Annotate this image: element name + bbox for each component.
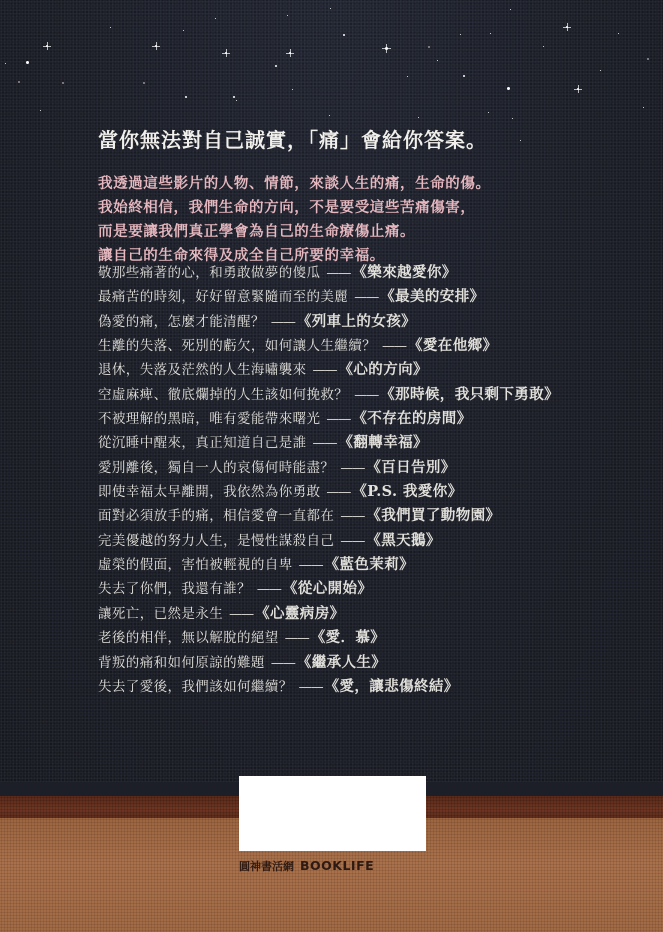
intro-line: 而是要讓我們真正學會為自己的生命療傷止痛。 <box>98 220 491 244</box>
film-item: 即使幸福太早離開，我依然為你勇敢——《P.S. 我愛你》 <box>98 479 559 503</box>
star-icon <box>343 34 345 36</box>
em-dash: —— <box>299 680 323 695</box>
star-icon <box>233 96 235 98</box>
film-quote: 空虛麻痺、徹底爛掉的人生該如何挽救？ <box>98 387 348 403</box>
star-icon <box>407 76 408 77</box>
film-item: 不被理解的黑暗，唯有愛能帶來曙光——《不存在的房間》 <box>98 406 559 430</box>
film-title: 《樂來越愛你》 <box>352 264 456 281</box>
film-quote: 愛別離後，獨自一人的哀傷何時能盡？ <box>98 460 334 476</box>
star-icon <box>329 115 330 116</box>
film-item: 敬那些痛著的心，和勇敢做夢的傻瓜——《樂來越愛你》 <box>98 260 559 284</box>
film-title: 《愛，讓悲傷終結》 <box>325 678 459 695</box>
film-quote: 完美優越的努力人生，是慢性謀殺自己 <box>98 533 334 549</box>
star-icon <box>110 27 111 28</box>
star-icon <box>292 89 293 90</box>
star-icon <box>577 88 579 90</box>
film-title: 《黑天鵝》 <box>366 532 441 549</box>
film-item: 愛別離後，獨自一人的哀傷何時能盡？——《百日告別》 <box>98 455 559 479</box>
em-dash: —— <box>326 485 350 500</box>
film-item: 失去了你們，我還有誰？——《從心開始》 <box>98 576 559 600</box>
film-item: 讓死亡，已然是永生——《心靈病房》 <box>98 601 559 625</box>
film-item: 空虛麻痺、徹底爛掉的人生該如何挽救？——《那時候，我只剩下勇敢》 <box>98 382 559 406</box>
star-icon <box>647 58 649 60</box>
star-icon <box>618 33 619 34</box>
star-icon <box>289 52 291 54</box>
star-icon <box>143 82 145 84</box>
publisher-name-zh: 圓神書活網 <box>239 860 294 873</box>
film-item: 偽愛的痛，怎麼才能清醒？——《列車上的女孩》 <box>98 309 559 333</box>
film-list: 敬那些痛著的心，和勇敢做夢的傻瓜——《樂來越愛你》最痛苦的時刻，好好留意緊隨而至… <box>98 260 559 698</box>
film-quote: 敬那些痛著的心，和勇敢做夢的傻瓜 <box>98 265 320 281</box>
film-quote: 退休，失落及茫然的人生海嘯襲來 <box>98 362 307 378</box>
publisher-logo: 圓神書活網BOOKLIFE <box>239 855 374 874</box>
em-dash: —— <box>340 509 364 524</box>
film-title: 《藍色茉莉》 <box>325 556 414 573</box>
film-title: 《P.S. 我愛你》 <box>352 483 462 500</box>
em-dash: —— <box>285 631 309 646</box>
film-quote: 面對必須放手的痛，相信愛會一直都在 <box>98 508 334 524</box>
film-quote: 失去了愛後，我們該如何繼續？ <box>98 679 293 695</box>
film-title: 《愛．慕》 <box>311 629 386 646</box>
film-quote: 從沉睡中醒來，真正知道自己是誰 <box>98 435 307 451</box>
film-title: 《愛在他鄉》 <box>408 337 497 354</box>
headline: 當你無法對自己誠實，「痛」會給你答案。 <box>98 124 487 153</box>
em-dash: —— <box>313 363 337 378</box>
film-quote: 偽愛的痛，怎麼才能清醒？ <box>98 314 265 330</box>
em-dash: —— <box>313 436 337 451</box>
em-dash: —— <box>382 339 406 354</box>
barcode-area <box>239 776 426 851</box>
intro-line: 我始終相信，我們生命的方向，不是要受這些苦痛傷害， <box>98 196 491 220</box>
star-icon <box>5 63 6 64</box>
film-quote: 老後的相伴，無以解脫的絕望 <box>98 630 279 646</box>
film-quote: 讓死亡，已然是永生 <box>98 606 223 622</box>
star-icon <box>460 34 461 35</box>
film-item: 背叛的痛和如何原諒的難題——《繼承人生》 <box>98 650 559 674</box>
publisher-name-en: BOOKLIFE <box>300 858 374 873</box>
star-icon <box>543 46 544 47</box>
star-icon <box>463 75 465 77</box>
film-title: 《繼承人生》 <box>297 654 386 671</box>
star-icon <box>507 87 510 90</box>
star-icon <box>330 8 331 9</box>
star-icon <box>566 26 568 28</box>
film-title: 《心的方向》 <box>339 361 428 378</box>
star-icon <box>520 140 521 141</box>
film-title: 《不存在的房間》 <box>352 410 471 427</box>
em-dash: —— <box>354 388 378 403</box>
film-item: 從沉睡中醒來，真正知道自己是誰——《翻轉幸福》 <box>98 430 559 454</box>
star-icon <box>510 9 511 10</box>
film-title: 《最美的安排》 <box>380 288 484 305</box>
star-icon <box>488 112 489 113</box>
film-item: 最痛苦的時刻，好好留意緊隨而至的美麗——《最美的安排》 <box>98 284 559 308</box>
film-title: 《翻轉幸福》 <box>339 434 428 451</box>
film-title: 《從心開始》 <box>283 580 372 597</box>
film-title: 《那時候，我只剩下勇敢》 <box>380 386 559 403</box>
star-icon <box>225 52 227 54</box>
film-item: 面對必須放手的痛，相信愛會一直都在——《我們買了動物園》 <box>98 503 559 527</box>
film-item: 虛榮的假面，害怕被輕視的自卑——《藍色茉莉》 <box>98 552 559 576</box>
star-icon <box>275 65 277 67</box>
em-dash: —— <box>271 656 295 671</box>
film-quote: 最痛苦的時刻，好好留意緊隨而至的美麗 <box>98 289 348 305</box>
em-dash: —— <box>326 266 350 281</box>
star-icon <box>215 18 216 19</box>
film-item: 失去了愛後，我們該如何繼續？——《愛，讓悲傷終結》 <box>98 674 559 698</box>
em-dash: —— <box>271 315 295 330</box>
star-icon <box>18 81 20 83</box>
film-quote: 即使幸福太早離開，我依然為你勇敢 <box>98 484 320 500</box>
star-icon <box>40 110 41 111</box>
star-icon <box>418 117 419 118</box>
film-title: 《百日告別》 <box>366 459 455 476</box>
film-item: 生離的失落、死別的虧欠，如何讓人生繼續？——《愛在他鄉》 <box>98 333 559 357</box>
film-item: 退休，失落及茫然的人生海嘯襲來——《心的方向》 <box>98 357 559 381</box>
star-icon <box>287 15 288 16</box>
star-icon <box>155 45 157 47</box>
star-icon <box>600 70 601 71</box>
star-icon <box>236 100 237 101</box>
em-dash: —— <box>326 412 350 427</box>
star-icon <box>185 96 187 98</box>
film-quote: 失去了你們，我還有誰？ <box>98 581 251 597</box>
em-dash: —— <box>299 558 323 573</box>
em-dash: —— <box>340 461 364 476</box>
film-quote: 背叛的痛和如何原諒的難題 <box>98 655 265 671</box>
film-title: 《我們買了動物園》 <box>366 507 500 524</box>
intro-line: 我透過這些影片的人物、情節，來談人生的痛，生命的傷。 <box>98 172 491 196</box>
film-quote: 虛榮的假面，害怕被輕視的自卑 <box>98 557 293 573</box>
em-dash: —— <box>257 582 281 597</box>
star-icon <box>428 46 430 48</box>
star-icon <box>512 118 513 119</box>
star-icon <box>62 82 64 84</box>
film-title: 《心靈病房》 <box>255 605 344 622</box>
star-icon <box>385 47 388 50</box>
film-title: 《列車上的女孩》 <box>297 313 416 330</box>
star-icon <box>183 30 184 31</box>
film-quote: 不被理解的黑暗，唯有愛能帶來曙光 <box>98 411 320 427</box>
em-dash: —— <box>229 607 253 622</box>
em-dash: —— <box>340 534 364 549</box>
star-icon <box>490 33 491 34</box>
film-item: 老後的相伴，無以解脫的絕望——《愛．慕》 <box>98 625 559 649</box>
film-item: 完美優越的努力人生，是慢性謀殺自己——《黑天鵝》 <box>98 528 559 552</box>
film-quote: 生離的失落、死別的虧欠，如何讓人生繼續？ <box>98 338 376 354</box>
star-icon <box>26 61 29 64</box>
em-dash: —— <box>354 290 378 305</box>
star-icon <box>46 45 48 47</box>
intro-paragraph: 我透過這些影片的人物、情節，來談人生的痛，生命的傷。 我始終相信，我們生命的方向… <box>98 172 491 268</box>
star-icon <box>437 60 438 61</box>
star-icon <box>643 107 644 108</box>
